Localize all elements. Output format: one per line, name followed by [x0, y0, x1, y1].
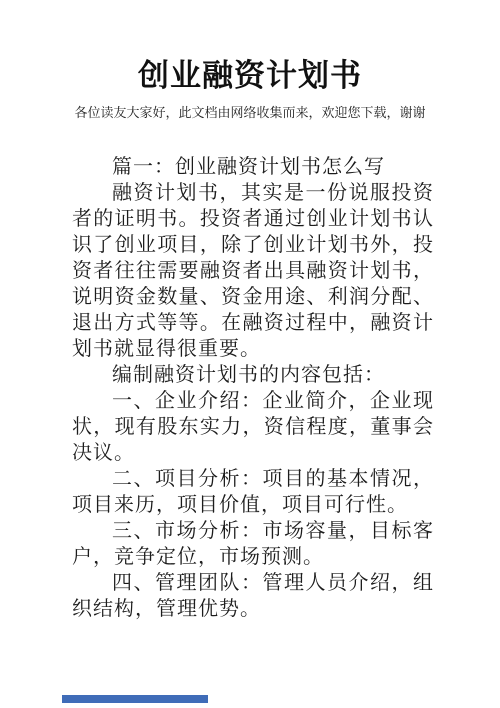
paragraph: 四、管理团队：管理人员介绍，组织结构，管理优势。 — [72, 570, 434, 622]
document-body: 篇一：创业融资计划书怎么写融资计划书，其实是一份说服投资者的证明书。投资者通过创… — [0, 154, 500, 622]
document-title: 创业融资计划书 — [0, 0, 500, 96]
paragraph: 融资计划书，其实是一份说服投资者的证明书。投资者通过创业计划书认识了创业项目，除… — [72, 180, 434, 362]
paragraph: 三、市场分析：市场容量，目标客户，竞争定位，市场预测。 — [72, 518, 434, 570]
paragraph: 一、企业介绍：企业简介，企业现状，现有股东实力，资信程度，董事会决议。 — [72, 388, 434, 466]
paragraph: 编制融资计划书的内容包括： — [72, 362, 434, 388]
bottom-blue-bar — [62, 695, 208, 703]
paragraph: 二、项目分析：项目的基本情况，项目来历，项目价值，项目可行性。 — [72, 466, 434, 518]
document-page: 创业融资计划书 各位读友大家好，此文档由网络收集而来，欢迎您下载，谢谢 篇一：创… — [0, 0, 500, 708]
document-subtitle: 各位读友大家好，此文档由网络收集而来，欢迎您下载，谢谢 — [0, 104, 500, 122]
paragraph: 篇一：创业融资计划书怎么写 — [72, 154, 434, 180]
